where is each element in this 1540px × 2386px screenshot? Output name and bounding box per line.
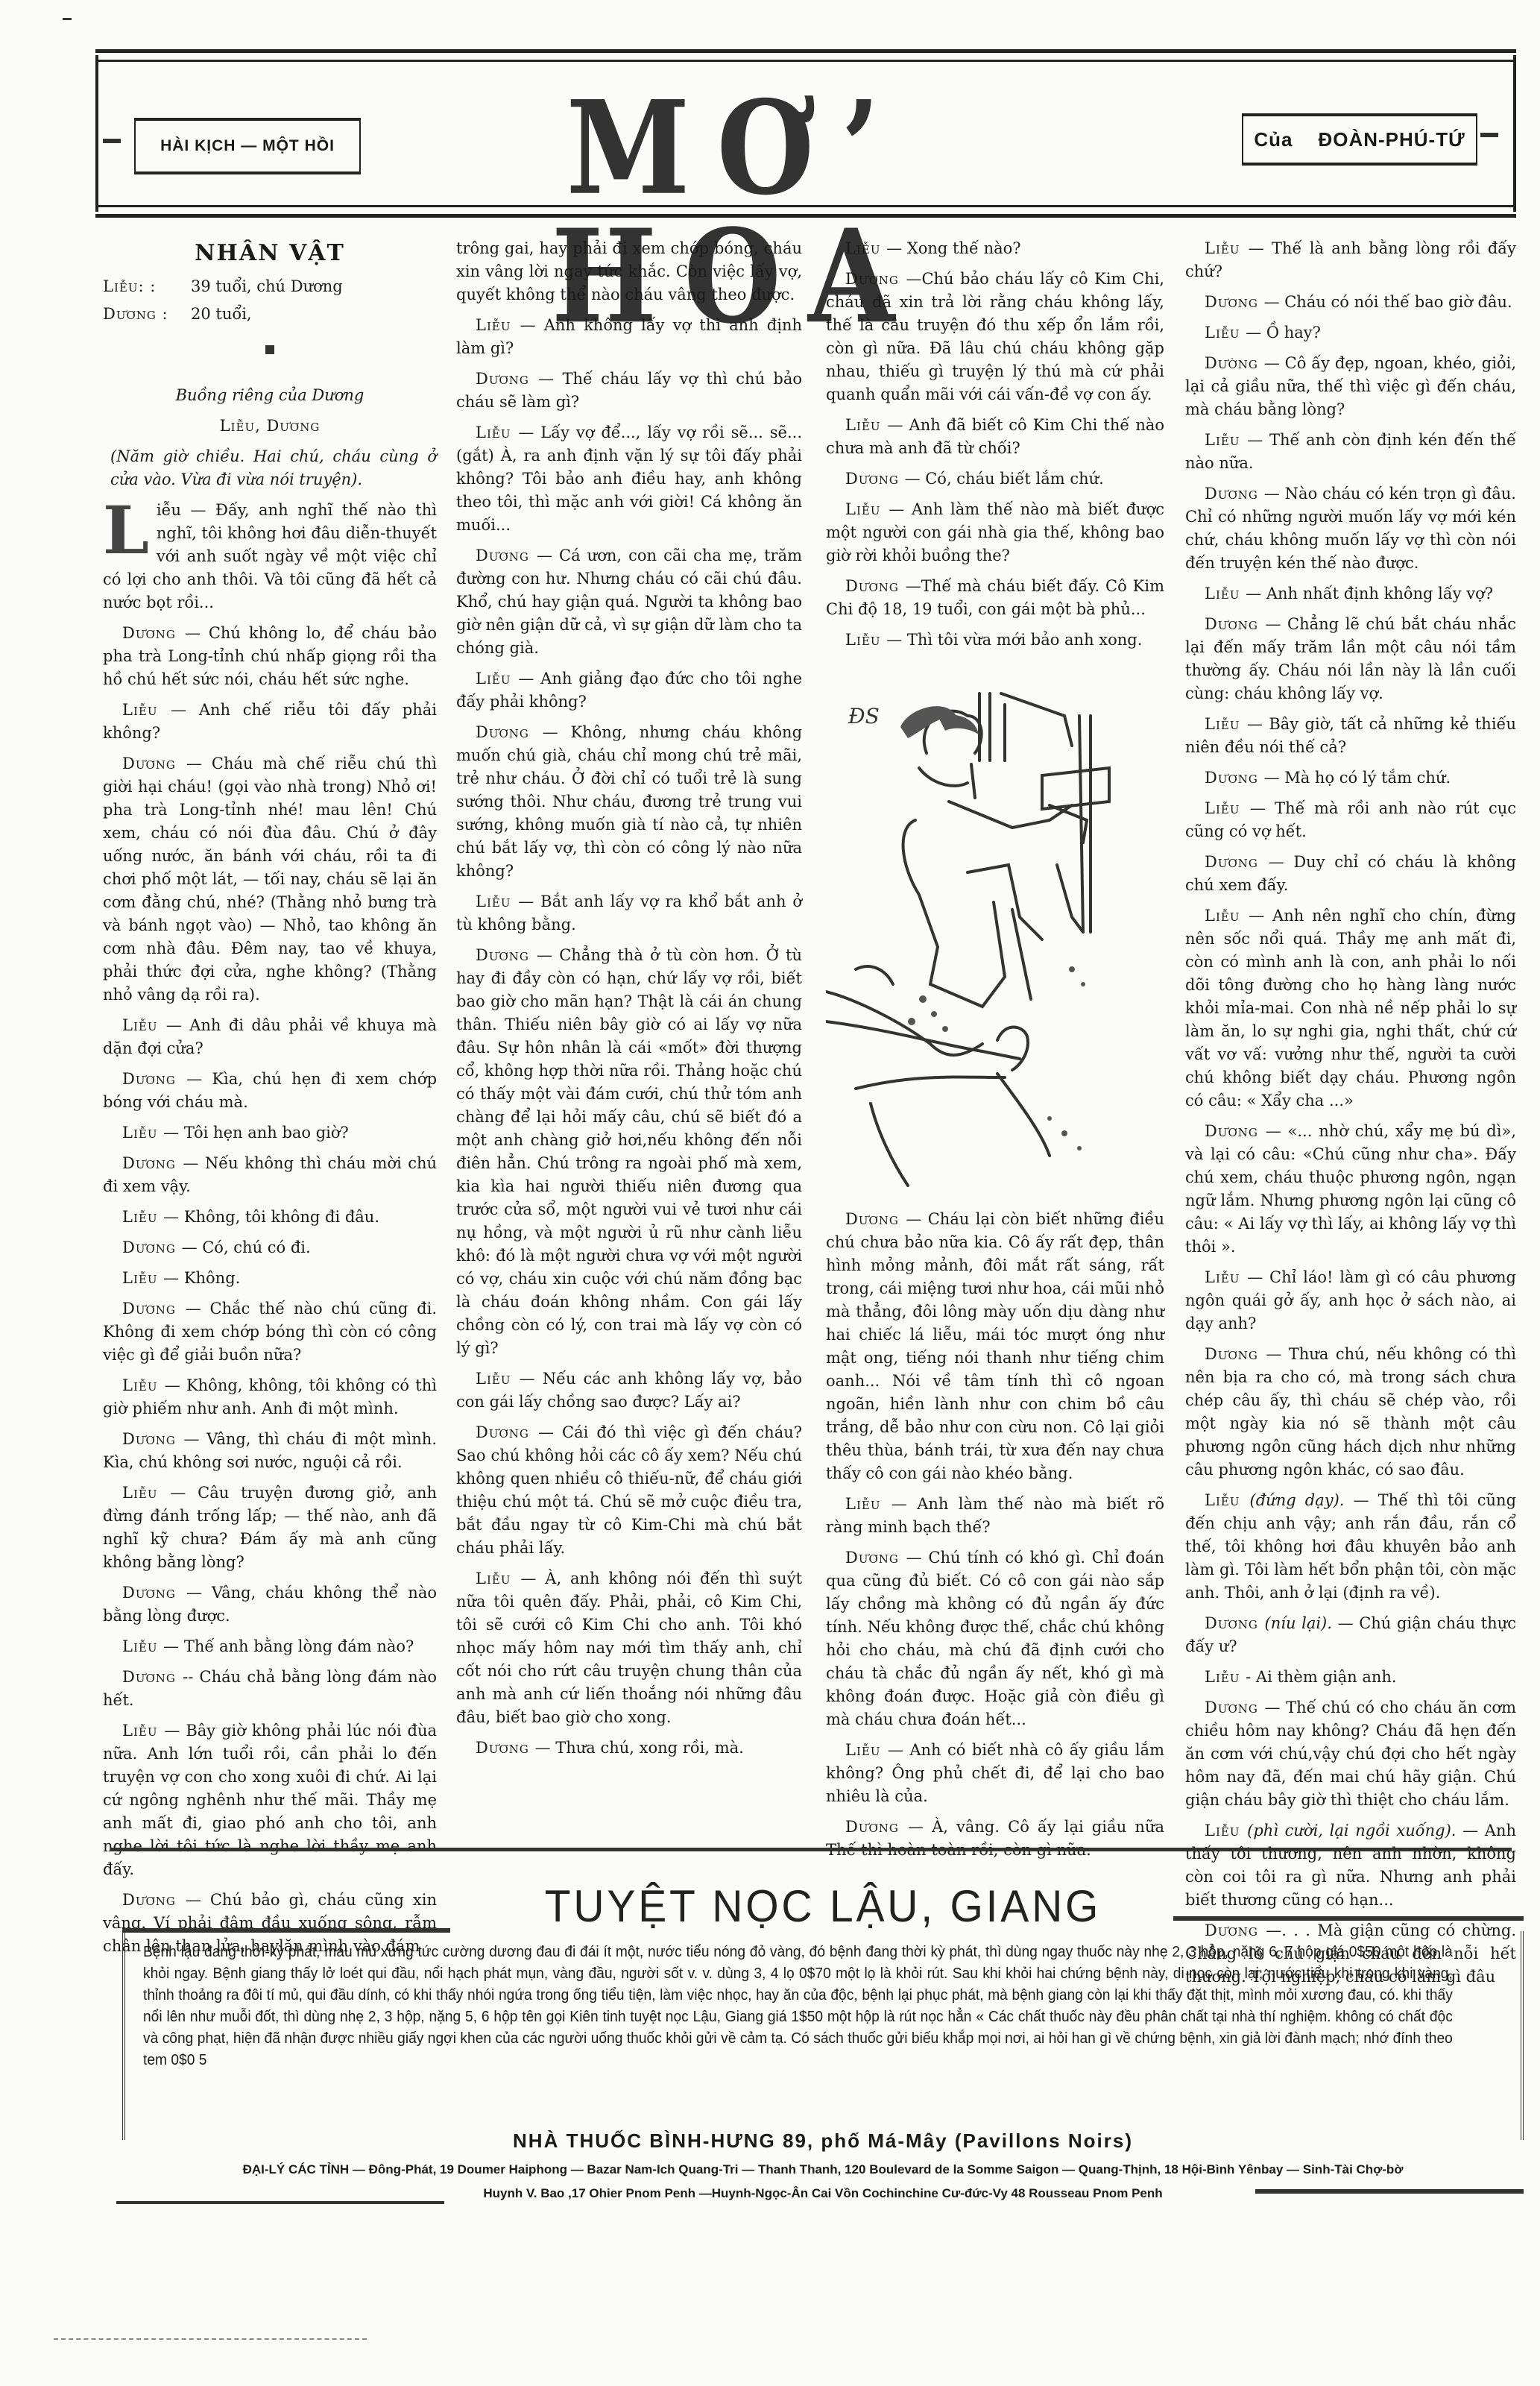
stage-direction: (phì cười, lại ngồi xuống). [1247,1822,1456,1839]
dialogue-line: Liễu — Chỉ láo! làm gì có câu phương ngô… [1185,1266,1516,1335]
dialogue-line: Liễu — Bắt anh lấy vợ ra khổ bắt anh ở t… [456,890,802,937]
speaker-name: Liễu [122,1208,163,1226]
drop-cap: L [103,503,149,557]
speaker-name: Dương [122,1154,183,1172]
speaker-name: Liễu [1205,1268,1247,1286]
dialogue-line: Liễu — Bây giờ không phải lúc nói đùa nữ… [103,1719,437,1881]
speaker-name: Dương [1205,293,1264,311]
speaker-name: Dương [476,946,537,964]
speaker-name: Liễu [1205,799,1250,817]
column-4: Liễu — Thế là anh bằng lòng rồi đấy chứ?… [1185,237,1516,1996]
speaker-name: Liễu [122,1637,163,1655]
dialogue-text: — Không, nhưng cháu không muốn chú già, … [456,723,802,880]
speaker-name: Dương [1205,1699,1264,1716]
dialogue-line: Dương -- Cháu chả bằng lòng đám nào hết. [103,1666,437,1712]
dialogue-line: Dường — Cô ấy đẹp, ngoan, khéo, giỏi, lạ… [1185,352,1516,421]
speaker-name: Dương [845,1818,908,1836]
dialogue-line: Liễu — Anh có biết nhà cô ấy giầu lắm kh… [826,1739,1164,1808]
ad-body: Bệnh lậu đang thời-kỳ phát, máu mủ xưng … [143,1942,1453,2071]
newspaper-page: HÀI KỊCH — MỘT HỒI MƠ’ HOA Của ĐOÀN-PHÚ-… [0,0,1540,2386]
article-title: MƠ’ HOA [476,84,997,213]
speaker-name: Liễu [845,631,886,649]
dialogue-line: Liễu — Anh không lấy vợ thì anh định làm… [456,314,802,360]
byline-prefix: Của [1254,128,1293,151]
article-header: HÀI KỊCH — MỘT HỒI MƠ’ HOA Của ĐOÀN-PHÚ-… [95,49,1516,218]
speaker-name: Dương [476,1423,538,1441]
dialogue-text: — Mà họ có lý tắm chứ. [1264,769,1451,787]
speaker-name: Dương [1205,1122,1266,1140]
speaker-name: Liễu [1205,431,1247,449]
stage-direction: (níu lại). [1265,1614,1332,1632]
speaker-name: Liễu [476,670,518,687]
dialogue-line: Dương — Nếu không thì cháu mời chú đi xe… [103,1152,437,1198]
speaker-name: Dương [122,1238,182,1256]
column-2: trông gai, hay phải đi xem chớp bóng, ch… [456,237,802,1767]
speaker-name: Dương [122,755,186,772]
speaker-name: Liễu [1205,715,1247,733]
ornament-tick [1480,133,1498,137]
speaker-name: Dương [1205,853,1269,871]
dialogue-line: Liễu — Đấy, anh nghĩ thế nào thì nghĩ, t… [103,499,437,614]
dialogue-line: Liễu — Tôi hẹn anh bao giờ? [103,1121,437,1145]
dialogue-text: — Bây giờ không phải lúc nói đùa nữa. An… [103,1722,437,1878]
dialogue-line: Liễu — Anh đi dâu phải về khuya mà dặn đ… [103,1014,437,1060]
header-rule-right [1513,55,1516,212]
dialogue-line: Dương — Cháu lại còn biết những điều chú… [826,1208,1164,1485]
dialogue-text: — Cháu mà chế riễu chú thì giời hại cháu… [103,755,437,1004]
illustration-drawing: ĐS [826,671,1172,1208]
dialogue-text: — Không. [163,1269,240,1287]
cast-member: Liễu: : 39 tuổi, chú Dương [103,275,437,298]
speaker-name: Liễu [1205,1822,1247,1839]
speaker-name: Dương [1205,1345,1266,1363]
dialogue-line: Liễu — Thì tôi vừa mới bảo anh xong. [826,629,1164,652]
dialogue-text: trông gai, hay phải đi xem chớp bóng, ch… [456,239,802,303]
speaker-name: Dương [122,1430,183,1448]
dialogue-line: Liễu — Không, không, tôi không có thì gi… [103,1374,437,1420]
dialogue-text: - Ai thèm giận anh. [1246,1668,1396,1686]
speaker-name: Liễu [476,893,518,910]
dialogue-line: Liễu — Thế anh còn định kén đến thế nào … [1185,429,1516,475]
dialogue-line: Dương — Có, cháu biết lắm chứ. [826,468,1164,491]
dialogue-line: Dương — Không, nhưng cháu không muốn chú… [456,721,802,883]
scan-mark [63,18,72,20]
column-1: NHÂN VẬT Liễu: : 39 tuổi, chú Dương Dươn… [103,237,437,1965]
dialogue-text: — Chẳng thà ở tù còn hơn. Ở tù hay đi đầ… [456,946,802,1357]
speaker-name: Dương [122,624,185,642]
ad-agents: ĐẠI-LÝ CÁC TỈNH — Đông-Phát, 19 Doumer H… [137,2158,1509,2206]
speaker-name: Dương [122,1070,186,1088]
cast-desc: 39 tuổi, chú Dương [191,275,343,298]
illustrator-signature: ĐS [848,704,880,728]
column-3: Liễu — Xong thế nào?Dương —Chú bảo cháu … [826,237,1164,659]
dialogue-list: Liễu — Đấy, anh nghĩ thế nào thì nghĩ, t… [103,499,437,1958]
section-divider [110,1848,1512,1851]
speaker-name: Dương [845,470,905,488]
dialogue-line: Liễu — Anh làm thế nào mà biết được một … [826,498,1164,567]
dialogue-line: Dương — Mà họ có lý tắm chứ. [1185,767,1516,790]
speaker-name: Liễu [476,316,520,334]
speaker-name: Dương [1205,615,1265,633]
speaker-name: Liễu [1205,907,1249,925]
dialogue-line: Dương — Có, chú có đi. [103,1236,437,1259]
dialogue-text: — Thì tôi vừa mới bảo anh xong. [886,631,1142,649]
dialogue-list: Dương — Cháu lại còn biết những điều chú… [826,1208,1164,1862]
speaker-name: Liễu [122,701,171,719]
author-name: ĐOÀN-PHÚ-TỨ [1318,128,1465,151]
dialogue-line: Dương — Nào cháu có kén trọn gì đâu. Chỉ… [1185,482,1516,575]
speaker-name: Liễu [1205,1491,1250,1509]
speaker-name: Liễu [1205,585,1246,602]
dialogue-text: — Anh nên nghĩ cho chín, đừng nên sốc nổ… [1185,907,1516,1109]
dialogue-line: Liễu — Anh chế riễu tôi đấy phải không? [103,699,437,745]
speaker-name: Dương [122,1300,186,1318]
dialogue-text: — Tôi hẹn anh bao giờ? [163,1124,349,1142]
speaker-name: Liễu [845,416,888,434]
dialogue-text: — Anh nhất định không lấy vợ? [1246,585,1493,602]
dialogue-line: Liễu — Bây giờ, tất cả những kẻ thiếu ni… [1185,713,1516,759]
cast-desc: 20 tuổi, [191,303,252,326]
dialogue-line: Liễu — Không. [103,1267,437,1290]
dialogue-text: — Cháu có nói thế bao giờ đâu. [1264,293,1512,311]
speaker-name: Dương [122,1584,186,1602]
dialogue-line: Liễu (đứng dạy). — Thế thì tôi cũng đến … [1185,1489,1516,1605]
cast-name: Dương : [103,303,191,326]
dialogue-line: Dương — Cháu có nói thế bao giờ đâu. [1185,291,1516,314]
ad-title: TUYỆT NỌC LẬU, GIANG [490,1880,1156,1932]
genre-label: HÀI KỊCH — MỘT HỒI [134,118,361,174]
dialogue-text: — Thế anh bằng lòng đám nào? [163,1637,414,1655]
speaker-name: Liễu [845,500,889,518]
speaker-name: Liễu [845,1495,892,1513]
dialogue-line: Liễu — Không, tôi không đi đâu. [103,1206,437,1229]
dialogue-text: — Có, chú có đi. [182,1238,311,1256]
dialogue-line: Liễu — À, anh không nói đến thì suýt nữa… [456,1567,802,1729]
dialogue-text: — Thưa chú, xong rồi, mà. [535,1739,744,1757]
speaker-name: Liễu [476,1370,520,1388]
dialogue-line: Liễu — Thế anh bằng lòng đám nào? [103,1635,437,1658]
dialogue-text: — Có, cháu biết lắm chứ. [905,470,1104,488]
dialogue-text: — Ồ hay? [1246,324,1321,341]
speaker-name: Dương [845,577,906,595]
speaker-name: Liễu [476,1570,520,1587]
dialogue-line: trông gai, hay phải đi xem chớp bóng, ch… [456,237,802,306]
dialogue-line: Dương — Chú không lo, để cháu bảo pha tr… [103,622,437,691]
advertisement: TUYỆT NỌC LẬU, GIANG Bệnh lậu đang thời-… [122,1879,1524,2125]
speaker-name: Dường [1205,354,1264,372]
header-rule-left [95,55,98,212]
speaker-name: Liễu [122,1722,164,1740]
dialogue-text: — Cái đó thì việc gì đến cháu? Sao chú k… [456,1423,802,1557]
dialogue-line: Dương —Thế mà cháu biết đấy. Cô Kim Chi … [826,575,1164,621]
dialogue-line: Liễu — Ồ hay? [1185,321,1516,344]
speaker-name: Liễu [1205,324,1246,341]
dialogue-line: Dương — Thế chú có cho cháu ăn cơm chiều… [1185,1696,1516,1812]
speaker-name: Liễu [1205,1668,1246,1686]
ad-rule [116,2201,444,2204]
speaker-name: Dương [1205,485,1264,503]
dialogue-list: trông gai, hay phải đi xem chớp bóng, ch… [456,237,802,1760]
stage-direction: (đứng dạy). [1250,1491,1345,1509]
dialogue-line: Dương — Kìa, chú hẹn đi xem chớp bóng vớ… [103,1068,437,1114]
dialogue-line: Liễu — Nếu các anh không lấy vợ, bảo con… [456,1367,802,1414]
column-3-continued: Dương — Cháu lại còn biết những điều chú… [826,1208,1164,1869]
speaker-name: Dương [845,1549,906,1567]
dialogue-line: Liễu — Câu truyện đương giở, anh đừng đá… [103,1482,437,1574]
speaker-name: Dương [476,370,538,388]
byline: Của ĐOÀN-PHÚ-TỨ [1242,113,1477,166]
dialogue-line: Dương — Thế cháu lấy vợ thì chú bảo cháu… [456,368,802,414]
dialogue-line: Dương — Thưa chú, nếu không có thì nên b… [1185,1343,1516,1482]
dialogue-line: Dương — Chắc thế nào chú cũng đi. Không … [103,1297,437,1367]
speaker-name: Dương [476,1739,535,1757]
speaker-name: Dương [1205,769,1264,787]
speaker-name: Dương [845,270,906,288]
dialogue-line: Liễu — Anh nên nghĩ cho chín, đừng nên s… [1185,904,1516,1112]
speaker-name: Liễu [122,1269,163,1287]
section-separator-square [265,345,274,354]
header-rule-top-inner [95,60,1516,62]
dialogue-text: — À, anh không nói đến thì suýt nữa tôi … [456,1570,802,1726]
dialogue-line: Liễu — Thế mà rồi anh nào rút cục cũng c… [1185,797,1516,843]
footer-scan-rule [54,2338,367,2341]
dialogue-text: — Thưa chú, nếu không có thì nên bịa ra … [1185,1345,1516,1479]
dialogue-line: Dương — Cái đó thì việc gì đến cháu? Sao… [456,1421,802,1560]
ad-rule [1255,2189,1524,2194]
dialogue-line: Dương —Chú bảo cháu lấy cô Kim Chi, cháu… [826,268,1164,406]
dialogue-line: Liễu — Anh nhất định không lấy vợ? [1185,582,1516,605]
dialogue-text: — Cháu lại còn biết những điều chú chưa … [826,1210,1164,1482]
dialogue-line: Liễu — Anh giảng đạo đức cho tôi nghe đấ… [456,667,802,714]
dialogue-line: Dương — Cháu mà chế riễu chú thì giời hạ… [103,752,437,1007]
ad-store-name: NHÀ THUỐC BÌNH-HƯNG 89, phố Má-Mây (Pavi… [122,2130,1524,2153]
dialogue-line: Liễu — Lấy vợ để..., lấy vợ rồi sẽ... sẽ… [456,421,802,537]
dialogue-line: Dương — Chú tính có khó gì. Chỉ đoán qua… [826,1546,1164,1731]
dialogue-line: Liễu - Ai thèm giận anh. [1185,1666,1516,1689]
scene-setting: Buồng riêng của Dương [103,384,437,407]
header-rule-top [95,49,1516,53]
ad-rule [122,1928,450,1933]
dialogue-text: — Không, tôi không đi đâu. [163,1208,379,1226]
ad-rule [1173,1916,1524,1921]
dialogue-text: iễu — Đấy, anh nghĩ thế nào thì nghĩ, tô… [103,501,437,611]
speaker-name: Dương [122,1668,183,1686]
speaker-name: Liễu [845,239,886,257]
ornament-tick [103,139,121,143]
cast-member: Dương : 20 tuổi, [103,303,437,326]
dialogue-line: Dương — Chẳng lẽ chú bắt cháu nhắc lại đ… [1185,613,1516,705]
dialogue-line: Liễu — Anh làm thế nào mà biết rõ ràng m… [826,1493,1164,1539]
cast-heading: NHÂN VẬT [103,242,437,265]
scene-characters: Liễu, Dương [103,415,437,438]
dialogue-list: Liễu — Thế là anh bằng lòng rồi đấy chứ?… [1185,237,1516,1989]
ad-agents-line: ĐẠI-LÝ CÁC TỈNH — Đông-Phát, 19 Doumer H… [137,2158,1509,2182]
dialogue-text: —Chú bảo cháu lấy cô Kim Chi, cháu đã xi… [826,270,1164,403]
dialogue-line: Liễu — Thế là anh bằng lòng rồi đấy chứ? [1185,237,1516,283]
dialogue-text: — Xong thế nào? [886,239,1020,257]
speaker-name: Liễu [122,1124,163,1142]
speaker-name: Dương [476,723,543,741]
dialogue-line: Dương — Thưa chú, xong rồi, mà. [456,1737,802,1760]
speaker-name: Liễu [845,1741,888,1759]
stage-direction: (Năm giờ chiều. Hai chú, cháu cùng ở cửa… [103,445,437,491]
speaker-name: Liễu [122,1016,166,1034]
dialogue-line: Dương — «... nhờ chú, xẩy mẹ bú dì», và … [1185,1120,1516,1259]
dialogue-line: Dương — Chẳng thà ở tù còn hơn. Ở tù hay… [456,944,802,1360]
dialogue-line: Dương — Vâng, thì cháu đi một mình. Kìa,… [103,1428,437,1474]
dialogue-list: Liễu — Xong thế nào?Dương —Chú bảo cháu … [826,237,1164,652]
dialogue-line: Dương — Cá ươn, con cãi cha mẹ, trăm đườ… [456,544,802,660]
dialogue-line: Liễu — Xong thế nào? [826,237,1164,260]
illustration: ĐS [826,671,1172,1208]
speaker-name: Liễu [1205,239,1249,257]
speaker-name: Dương [476,547,537,564]
dialogue-text: — Chú tính có khó gì. Chỉ đoán qua cũng … [826,1549,1164,1728]
dialogue-line: Dương — À, vâng. Cô ấy lại giầu nữa Thế … [826,1816,1164,1862]
speaker-name: Liễu [122,1484,170,1502]
dialogue-line: Dương — Vâng, cháu không thể nào bằng lò… [103,1581,437,1628]
dialogue-line: Liễu — Anh đã biết cô Kim Chi thế nào ch… [826,414,1164,460]
dialogue-line: Dương (níu lại). — Chú giận cháu thực đấ… [1185,1612,1516,1658]
speaker-name: Dương [1205,1614,1265,1632]
dialogue-line: Dương — Duy chỉ có cháu là không chú xem… [1185,851,1516,897]
speaker-name: Dương [845,1210,906,1228]
dialogue-text: — «... nhờ chú, xẩy mẹ bú dì», và lại có… [1185,1122,1516,1256]
cast-name: Liễu: : [103,275,191,298]
speaker-name: Liễu [476,424,518,441]
speaker-name: Liễu [122,1376,165,1394]
